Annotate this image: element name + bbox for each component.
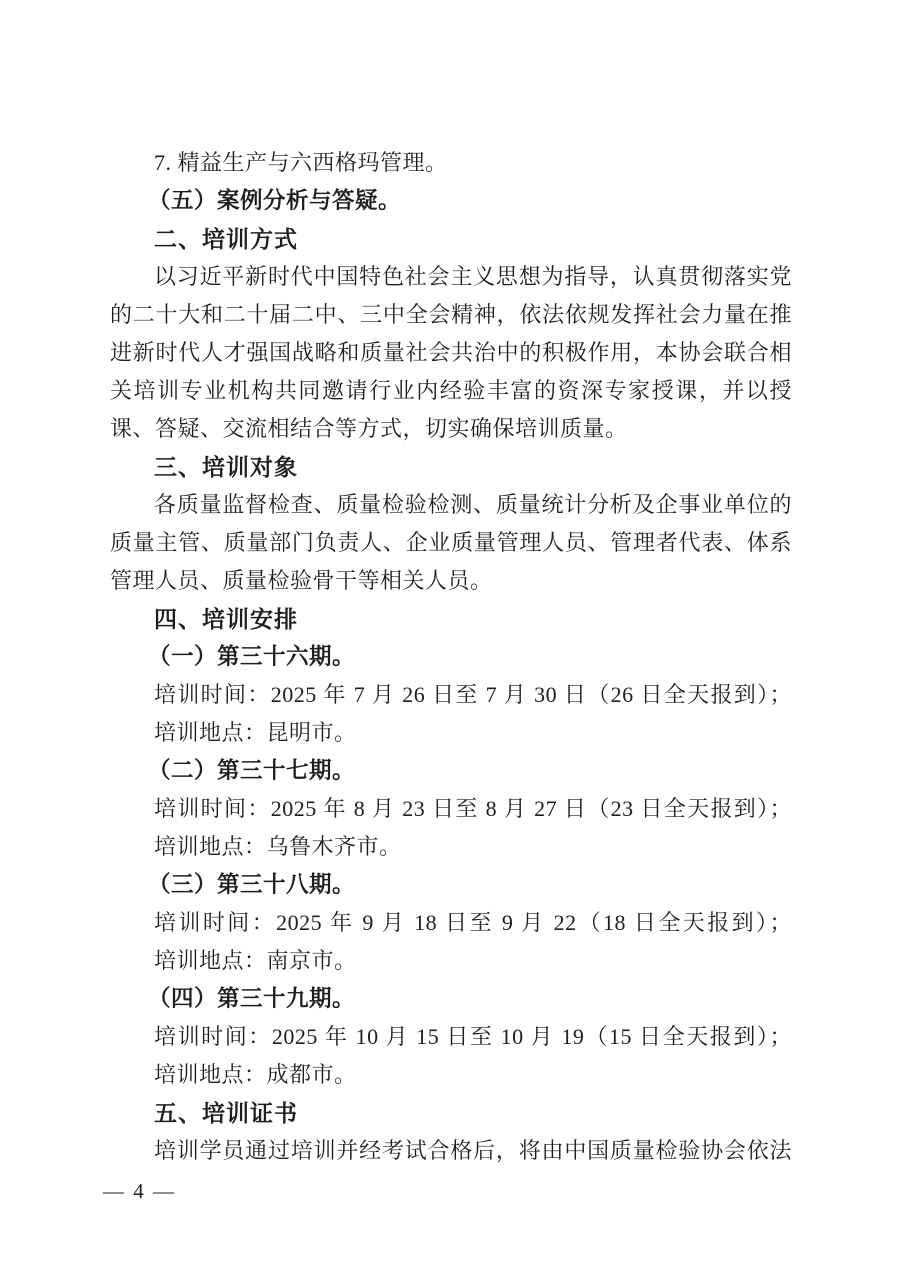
heading-session-36: （一）第三十六期。 [110, 638, 792, 676]
session-36-location: 培训地点：昆明市。 [110, 714, 792, 752]
heading-session-39: （四）第三十九期。 [110, 980, 792, 1018]
document-page: 7. 精益生产与六西格玛管理。 （五）案例分析与答疑。 二、培训方式 以习近平新… [0, 0, 900, 1273]
heading-training-certificate: 五、培训证书 [110, 1094, 792, 1132]
document-body: 7. 精益生产与六西格玛管理。 （五）案例分析与答疑。 二、培训方式 以习近平新… [110, 144, 792, 1170]
heading-session-38: （三）第三十八期。 [110, 866, 792, 904]
paragraph-training-audience-line: 质量主管、质量部门负责人、企业质量管理人员、管理者代表、体系 [110, 524, 792, 562]
paragraph-training-method-line: 关培训专业机构共同邀请行业内经验丰富的资深专家授课，并以授 [110, 372, 792, 410]
page-number: — 4 — [103, 1175, 176, 1207]
paragraph-training-method-line: 课、答疑、交流相结合等方式，切实确保培训质量。 [110, 410, 792, 448]
course-list-item-7: 7. 精益生产与六西格玛管理。 [110, 144, 792, 182]
heading-training-audience: 三、培训对象 [110, 448, 792, 486]
session-37-location: 培训地点：乌鲁木齐市。 [110, 828, 792, 866]
session-38-location: 培训地点：南京市。 [110, 942, 792, 980]
heading-session-37: （二）第三十七期。 [110, 752, 792, 790]
paragraph-training-method-line: 的二十大和二十届二中、三中全会精神，依法依规发挥社会力量在推 [110, 296, 792, 334]
session-37-time: 培训时间：2025 年 8 月 23 日至 8 月 27 日（23 日全天报到）… [110, 790, 792, 828]
session-39-location: 培训地点：成都市。 [110, 1056, 792, 1094]
session-38-time: 培训时间：2025 年 9 月 18 日至 9 月 22（18 日全天报到）； [110, 904, 792, 942]
paragraph-training-method-line: 以习近平新时代中国特色社会主义思想为指导，认真贯彻落实党 [110, 258, 792, 296]
paragraph-training-audience-line: 管理人员、质量检验骨干等相关人员。 [110, 562, 792, 600]
paragraph-training-audience-line: 各质量监督检查、质量检验检测、质量统计分析及企事业单位的 [110, 486, 792, 524]
heading-training-schedule: 四、培训安排 [110, 600, 792, 638]
session-39-time: 培训时间：2025 年 10 月 15 日至 10 月 19（15 日全天报到）… [110, 1018, 792, 1056]
session-36-time: 培训时间：2025 年 7 月 26 日至 7 月 30 日（26 日全天报到）… [110, 676, 792, 714]
heading-training-method: 二、培训方式 [110, 220, 792, 258]
paragraph-training-method-line: 进新时代人才强国战略和质量社会共治中的积极作用，本协会联合相 [110, 334, 792, 372]
heading-case-analysis: （五）案例分析与答疑。 [110, 182, 792, 220]
paragraph-training-certificate-line: 培训学员通过培训并经考试合格后，将由中国质量检验协会依法 [110, 1132, 792, 1170]
